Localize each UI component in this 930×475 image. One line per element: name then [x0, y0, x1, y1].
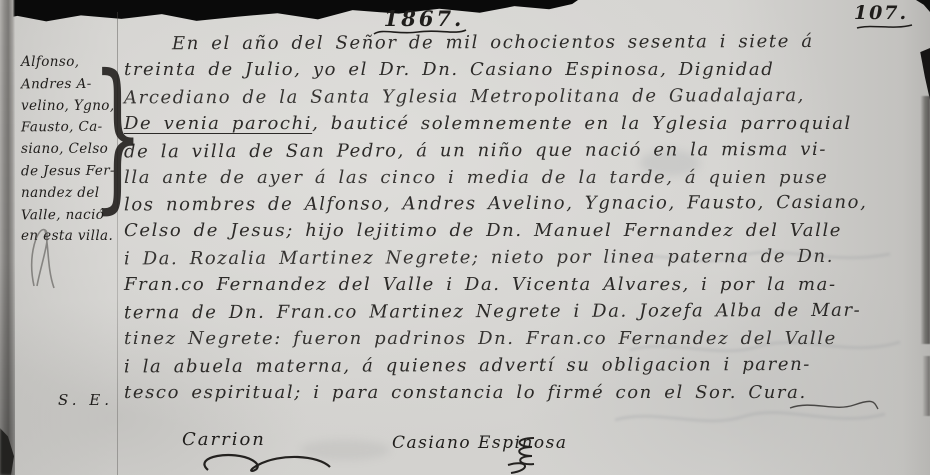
record-line: Celso de Jesus; hijo lejitimo de Dn. Man… [124, 218, 918, 245]
record-line: Fran.co Fernandez del Valle i Da. Vicent… [124, 272, 918, 299]
register-page-scan: 1867. 107. Alfonso, Andres A- velino, Yg… [0, 0, 930, 475]
torn-edge-top-right [916, 0, 930, 12]
record-line: de la villa de San Pedro, á un niño que … [124, 136, 918, 166]
line-end-flourish-icon [788, 398, 880, 414]
record-line: los nombres de Alfonso, Andres Avelino, … [124, 190, 918, 220]
record-line-text: treinta de Julio, yo el Dr. Dn. Casiano … [124, 59, 774, 80]
record-line-text: tesco espiritual; i para constancia lo f… [124, 382, 807, 403]
page-edge-shadow-right-lower [923, 356, 930, 416]
record-line: tinez Negrete: fueron padrinos Dn. Fran.… [124, 326, 918, 353]
record-line-text: Celso de Jesus; hijo lejitimo de Dn. Man… [124, 220, 842, 241]
torn-edge-top [0, 0, 578, 22]
binding-edge-left [0, 0, 15, 475]
record-line: i la abuela materna, á quienes advertí s… [124, 351, 918, 381]
signature-carrion: Carrion [182, 429, 266, 450]
record-line: Arcediano de la Santa Yglesia Metropolit… [124, 82, 918, 112]
page-number: 107. [850, 2, 912, 24]
record-line-text: terna de Dn. Fran.co Martinez Negrete i … [124, 300, 861, 324]
record-line-text: lla ante de ayer á las cinco i media de … [124, 167, 828, 188]
baptism-record-text: En el año del Señor de mil ochocientos s… [124, 30, 918, 407]
record-line: treinta de Julio, yo el Dr. Dn. Casiano … [124, 57, 918, 84]
record-line: terna de Dn. Fran.co Martinez Negrete i … [124, 298, 918, 328]
page-edge-shadow-right [921, 96, 930, 344]
rubric-flourish-icon [502, 436, 560, 475]
record-line-text: los nombres de Alfonso, Andres Avelino, … [124, 192, 868, 216]
margin-initials: S. E. [58, 391, 113, 409]
record-line-text: tinez Negrete: fueron padrinos Dn. Fran.… [124, 328, 837, 349]
record-line-text: , bauticé solemnemente en la Yglesia par… [312, 113, 852, 134]
record-line-text: En el año del Señor de mil ochocientos s… [172, 31, 814, 54]
record-line-text: de la villa de San Pedro, á un niño que … [124, 139, 827, 162]
underlined-phrase: De venia parochi [124, 113, 312, 134]
record-line-text: i Da. Rozalia Martinez Negrete; nieto po… [124, 246, 834, 269]
record-line: i Da. Rozalia Martinez Negrete; nieto po… [124, 244, 918, 274]
page-fold-shadow-right [917, 48, 930, 100]
record-line-text: i la abuela materna, á quienes advertí s… [124, 354, 811, 377]
record-line-text: Fran.co Fernandez del Valle i Da. Vicent… [124, 274, 837, 295]
record-line: En el año del Señor de mil ochocientos s… [124, 29, 918, 59]
record-line: lla ante de ayer á las cinco i media de … [124, 165, 918, 192]
record-line: De venia parochi, bauticé solemnemente e… [124, 111, 918, 138]
paraph-mark-icon [24, 220, 70, 292]
record-line-text: Arcediano de la Santa Yglesia Metropolit… [124, 85, 805, 108]
rubric-flourish-icon [196, 452, 338, 475]
